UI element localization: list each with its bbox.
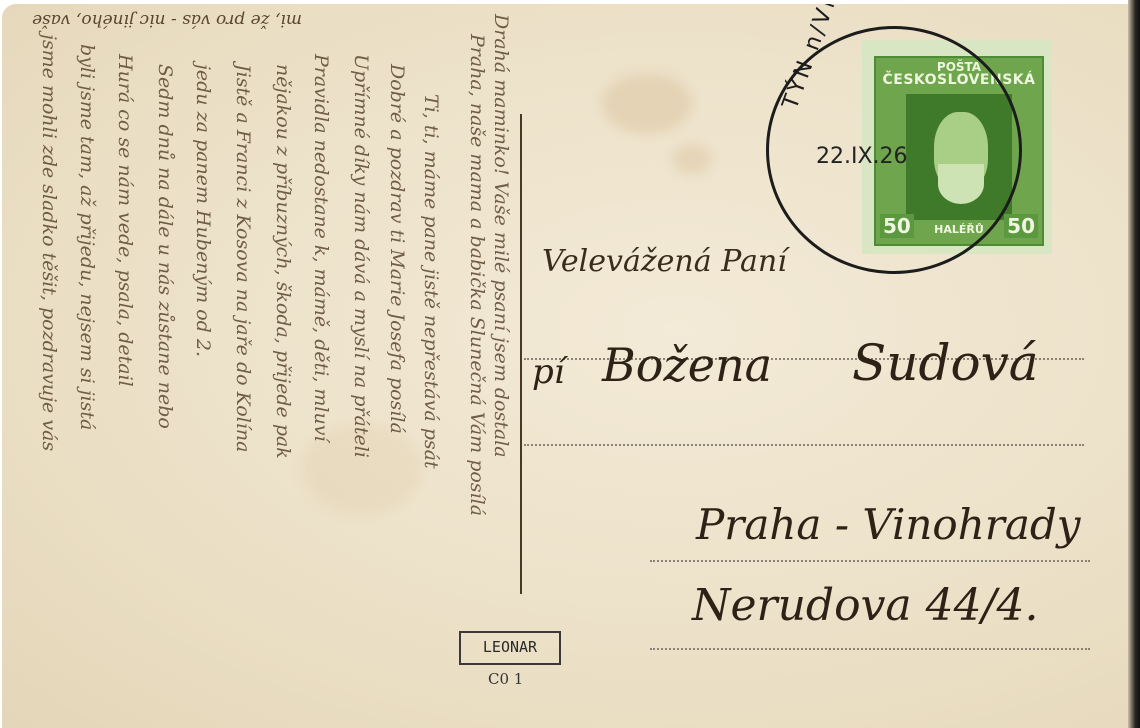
message-line: Dobré a pozdrav ti Marie Josefa posílá — [386, 64, 408, 434]
message-line: nějakou z příbuzných, škoda, přijede pak — [272, 64, 294, 459]
message-line: Upřímné díky nám dává a myslí na přáteli — [350, 54, 372, 458]
message-line: byli jsme tam, až přijedu, nejsem si jis… — [76, 44, 98, 430]
postcard: Drahá maminko! Vaše milé psaní jsem dost… — [2, 4, 1130, 728]
message-line: Sedm dnů na dále u nás zůstane nebo — [154, 64, 176, 429]
address-name-prefix: pí — [532, 352, 565, 392]
message-line: jedu za panem Hubeným od 2. — [192, 64, 214, 357]
scan-edge — [1128, 0, 1140, 728]
center-divider — [520, 114, 522, 594]
address-line-rule — [650, 560, 1090, 562]
message-line: jsme mohli zde sladko těšit, pozdravuje … — [38, 34, 60, 451]
address-line-rule — [524, 444, 1084, 446]
address-city: Praha - Vinohrady — [696, 500, 1081, 549]
address-last-name: Sudová — [852, 334, 1039, 392]
paper-stain — [672, 144, 712, 174]
address-salutation: Velevážená Paní — [542, 244, 787, 279]
stamp-value-right: 50 — [1004, 214, 1038, 238]
publisher-mark: LEONAR — [459, 631, 561, 665]
message-line: Praha, naše mama a babička Slunečná Vám … — [466, 34, 488, 516]
postmark-date: 22.IX.26 — [816, 144, 908, 169]
margin-note: mi, že pro vás - nic jiného, vaše — [32, 10, 302, 30]
message-line: Pravidla nedostane k, mámě, děti, mluví — [310, 54, 332, 442]
address-line-rule — [650, 648, 1090, 650]
message-line: Drahá maminko! Vaše milé psaní jsem dost… — [490, 14, 512, 458]
address-street: Nerudova 44/4. — [692, 580, 1038, 631]
message-line: Jistě a Franci z Kosova na jaře do Kolín… — [232, 64, 254, 452]
address-first-name: Božena — [602, 338, 772, 392]
publisher-number: C0 1 — [488, 670, 523, 688]
message-line: Hurá co se nám vede, psala, detail — [114, 54, 136, 387]
paper-stain — [602, 74, 692, 134]
message-line: Ti, ti, máme pane jistě nepřestává psát — [420, 94, 442, 469]
